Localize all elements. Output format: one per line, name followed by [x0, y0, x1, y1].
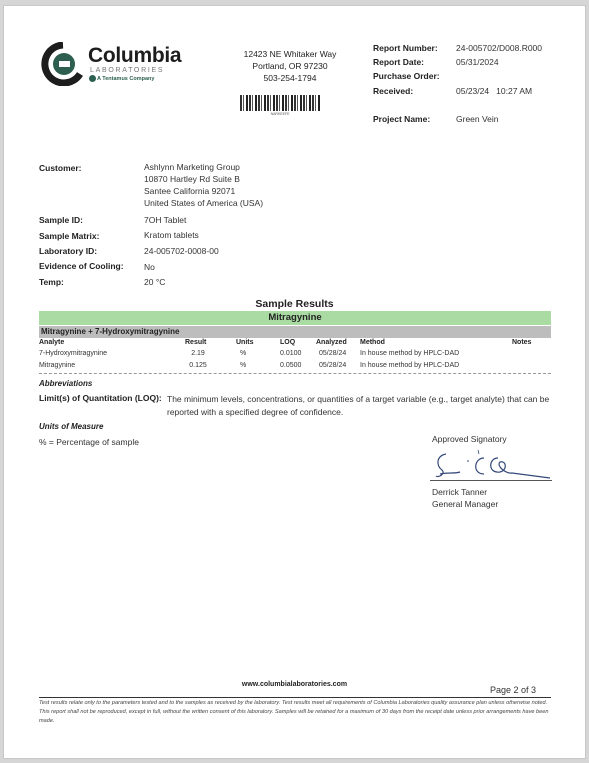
- disclaimer: Test results relate only to the paramete…: [39, 699, 551, 725]
- customer-line: 10870 Hartley Rd Suite B: [144, 173, 263, 185]
- col-result: Result: [185, 339, 206, 346]
- sample-matrix-label: Sample Matrix:: [39, 231, 99, 241]
- project-name: Green Vein: [456, 114, 499, 124]
- units-percent: % = Percentage of sample: [39, 437, 139, 447]
- analyte: Mitragynine: [39, 362, 75, 369]
- logo-name: Columbia: [88, 44, 181, 68]
- abbreviations-title: Abbreviations: [39, 379, 92, 388]
- signatory-title: General Manager: [432, 498, 498, 510]
- units-title: Units of Measure: [39, 422, 103, 431]
- analyzed: 05/28/24: [319, 362, 346, 369]
- barcode: [240, 95, 320, 111]
- report-number-label: Report Number:: [373, 43, 438, 53]
- analyzed: 05/28/24: [319, 350, 346, 357]
- loq-definition: The minimum levels, concentrations, or q…: [167, 393, 557, 418]
- signatory-name: Derrick Tanner: [432, 486, 498, 498]
- loq-label: Limit(s) of Quantitation (LOQ):: [39, 393, 162, 403]
- report-page: Columbia LABORATORIES A Tentamus Company…: [3, 5, 586, 759]
- received-label: Received:: [373, 86, 413, 96]
- col-analyte: Analyte: [39, 339, 64, 346]
- cooling-value: No: [144, 261, 155, 273]
- temp-label: Temp:: [39, 277, 64, 287]
- result: 2.19: [179, 350, 217, 357]
- customer-address: Ashlynn Marketing Group 10870 Hartley Rd…: [144, 161, 263, 209]
- signature-icon: [432, 446, 552, 482]
- address-city: Portland, OR 97230: [230, 60, 350, 72]
- units: %: [240, 362, 246, 369]
- report-date: 05/31/2024: [456, 57, 499, 67]
- sample-matrix: Kratom tablets: [144, 229, 199, 241]
- divider: [39, 373, 551, 374]
- columbia-logo-icon: [41, 42, 85, 86]
- logo-tagline: A Tentamus Company: [97, 76, 154, 82]
- tentamus-icon: [89, 75, 96, 82]
- report-number: 24-005702/D008.R000: [456, 43, 542, 53]
- lab-address: 12423 NE Whitaker Way Portland, OR 97230…: [230, 48, 350, 84]
- customer-label: Customer:: [39, 163, 82, 173]
- cooling-label: Evidence of Cooling:: [39, 261, 124, 271]
- approved-signatory-label: Approved Signatory: [432, 434, 507, 444]
- customer-line: Santee California 92071: [144, 185, 263, 197]
- analyte: 7-Hydroxymitragynine: [39, 350, 107, 357]
- col-loq: LOQ: [280, 339, 295, 346]
- logo-subtitle: LABORATORIES: [90, 67, 164, 74]
- col-units: Units: [236, 339, 254, 346]
- address-phone: 503-254-1794: [230, 72, 350, 84]
- units: %: [240, 350, 246, 357]
- purchase-order-label: Purchase Order:: [373, 71, 440, 81]
- report-date-label: Report Date:: [373, 57, 424, 67]
- signature-line: [430, 480, 552, 481]
- col-analyzed: Analyzed: [316, 339, 347, 346]
- sample-results-title: Sample Results: [4, 298, 585, 310]
- project-name-label: Project Name:: [373, 114, 430, 124]
- col-notes: Notes: [512, 339, 531, 346]
- footer-divider: [39, 697, 551, 698]
- laboratory-id: 24-005702-0008-00: [144, 245, 219, 257]
- method: In house method by HPLC-DAD: [360, 350, 459, 357]
- received-value: 05/23/24 10:27 AM: [456, 86, 532, 96]
- laboratory-id-label: Laboratory ID:: [39, 246, 97, 256]
- customer-line: Ashlynn Marketing Group: [144, 161, 263, 173]
- sample-id-label: Sample ID:: [39, 215, 83, 225]
- loq: 0.0100: [280, 350, 301, 357]
- customer-line: United States of America (USA): [144, 197, 263, 209]
- loq: 0.0500: [280, 362, 301, 369]
- col-method: Method: [360, 339, 385, 346]
- result: 0.125: [179, 362, 217, 369]
- page-number: Page 2 of 3: [490, 685, 536, 695]
- address-street: 12423 NE Whitaker Way: [230, 48, 350, 60]
- sample-id: 7OH Tablet: [144, 214, 186, 226]
- temp-value: 20 °C: [144, 276, 165, 288]
- panel-header: Mitragynine: [39, 311, 551, 325]
- group-header: Mitragynine + 7-Hydroxymitragynine: [39, 326, 551, 338]
- barcode-text: NARKEEFE: [240, 112, 320, 116]
- signatory-info: Derrick Tanner General Manager: [432, 486, 498, 510]
- method: In house method by HPLC-DAD: [360, 362, 459, 369]
